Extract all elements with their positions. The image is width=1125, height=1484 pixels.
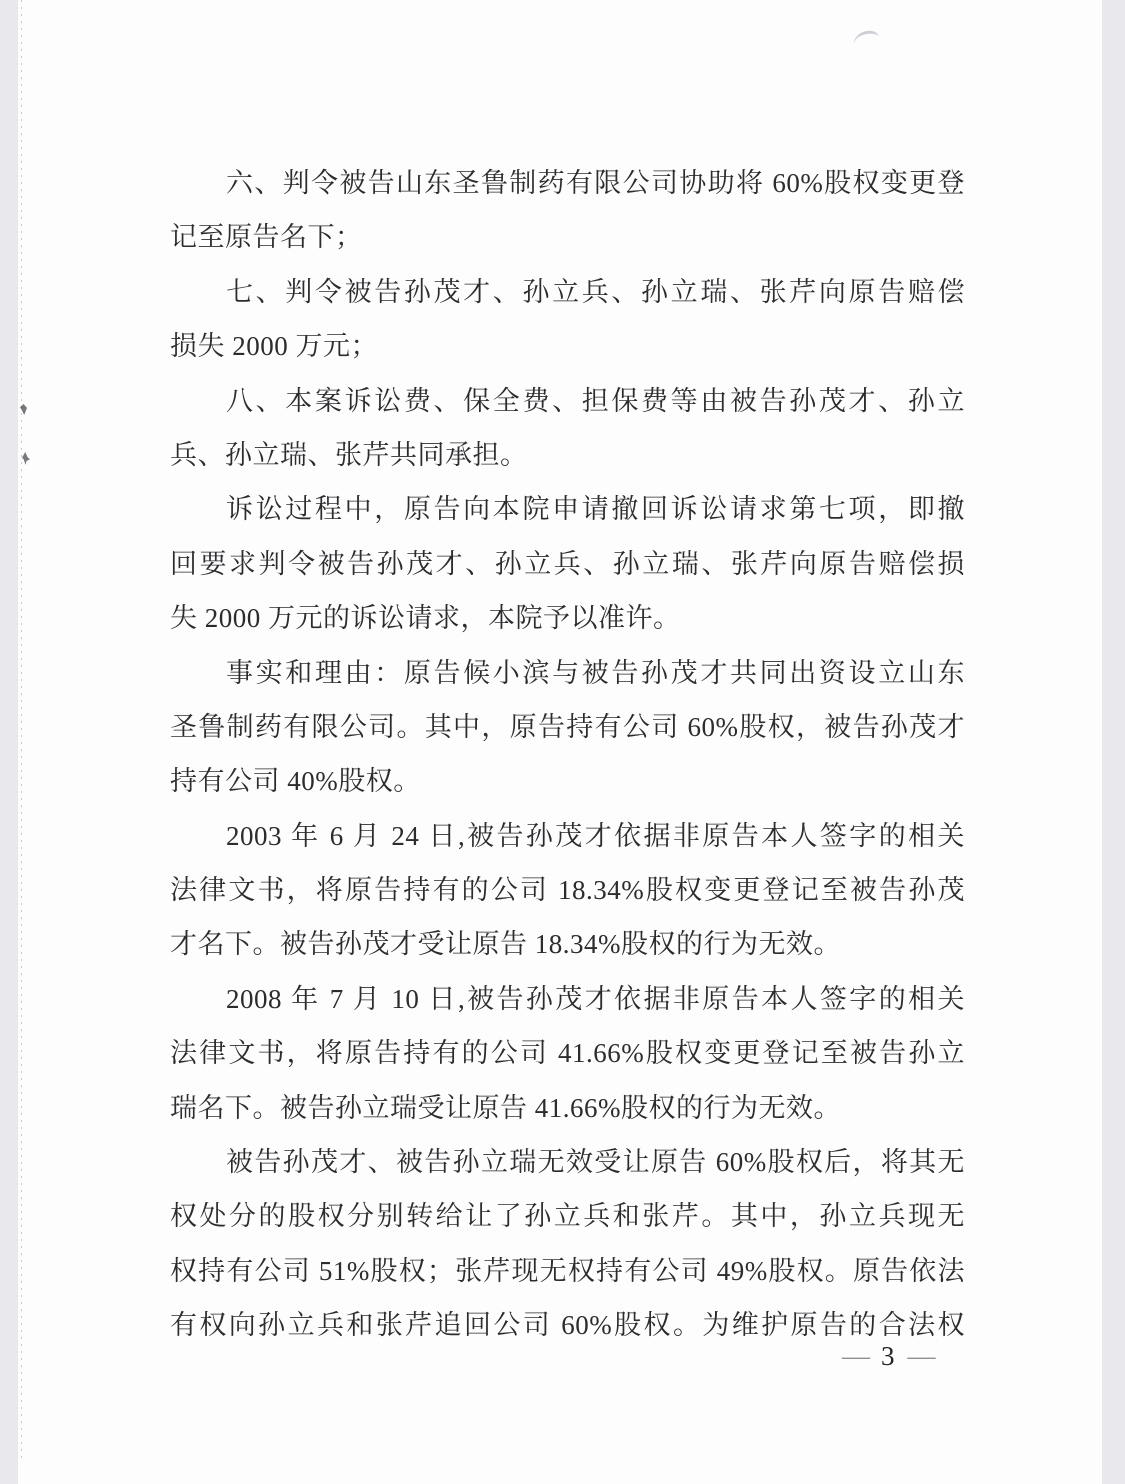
text-line: 持有公司 40%股权。 [170, 754, 965, 808]
page-number-value: 3 [881, 1341, 895, 1372]
paragraph: 2008 年 7 月 10 日,被告孙茂才依据非原告本人签字的相关法律文书，将原… [170, 972, 965, 1135]
text-line: 记至原告名下； [170, 210, 965, 264]
text-line: 兵、孙立瑞、张芹共同承担。 [170, 428, 965, 482]
scan-edge-left [0, 0, 18, 1484]
paragraph: 2003 年 6 月 24 日,被告孙茂才依据非原告本人签字的相关法律文书，将原… [170, 809, 965, 972]
paragraph: 七、判令被告孙茂才、孙立兵、孙立瑞、张芹向原告赔偿损失 2000 万元； [170, 265, 965, 374]
text-line: 法律文书，将原告持有的公司 41.66%股权变更登记至被告孙立 [170, 1026, 965, 1080]
text-line: 被告孙茂才、被告孙立瑞无效受让原告 60%股权后，将其无 [170, 1135, 965, 1189]
page-number: — 3 — [842, 1341, 934, 1372]
text-line: 诉讼过程中，原告向本院申请撤回诉讼请求第七项，即撤 [170, 482, 965, 536]
scan-artifact-smudge [852, 30, 879, 46]
paper-edge-noise [21, 0, 22, 1462]
text-line: 权持有公司 51%股权；张芹现无权持有公司 49%股权。原告依法 [170, 1244, 965, 1298]
paragraph: 六、判令被告山东圣鲁制药有限公司协助将 60%股权变更登记至原告名下； [170, 156, 965, 265]
scan-edge-right [1102, 0, 1125, 1484]
paragraph: 八、本案诉讼费、保全费、担保费等由被告孙茂才、孙立兵、孙立瑞、张芹共同承担。 [170, 374, 965, 483]
text-line: 权处分的股权分别转给让了孙立兵和张芹。其中，孙立兵现无 [170, 1189, 965, 1243]
text-line: 七、判令被告孙茂才、孙立兵、孙立瑞、张芹向原告赔偿 [170, 265, 965, 319]
text-line: 圣鲁制药有限公司。其中，原告持有公司 60%股权，被告孙茂才 [170, 700, 965, 754]
text-line: 失 2000 万元的诉讼请求，本院予以准许。 [170, 591, 965, 645]
paragraph: 事实和理由：原告候小滨与被告孙茂才共同出资设立山东圣鲁制药有限公司。其中，原告持… [170, 646, 965, 809]
text-line: 2008 年 7 月 10 日,被告孙茂才依据非原告本人签字的相关 [170, 972, 965, 1026]
page-number-dash-left: — [842, 1343, 868, 1371]
text-line: 八、本案诉讼费、保全费、担保费等由被告孙茂才、孙立 [170, 374, 965, 428]
text-line: 事实和理由：原告候小滨与被告孙茂才共同出资设立山东 [170, 646, 965, 700]
text-line: 回要求判令被告孙茂才、孙立兵、孙立瑞、张芹向原告赔偿损 [170, 537, 965, 591]
scan-artifact-speck [22, 452, 30, 465]
page-number-dash-right: — [908, 1343, 934, 1371]
paragraph: 诉讼过程中，原告向本院申请撤回诉讼请求第七项，即撤回要求判令被告孙茂才、孙立兵、… [170, 482, 965, 645]
text-line: 六、判令被告山东圣鲁制药有限公司协助将 60%股权变更登 [170, 156, 965, 210]
paragraph: 被告孙茂才、被告孙立瑞无效受让原告 60%股权后，将其无权处分的股权分别转给让了… [170, 1135, 965, 1353]
text-line: 瑞名下。被告孙立瑞受让原告 41.66%股权的行为无效。 [170, 1081, 965, 1135]
text-line: 才名下。被告孙茂才受让原告 18.34%股权的行为无效。 [170, 917, 965, 971]
text-line: 法律文书，将原告持有的公司 18.34%股权变更登记至被告孙茂 [170, 863, 965, 917]
text-line: 损失 2000 万元； [170, 319, 965, 373]
text-line: 2003 年 6 月 24 日,被告孙茂才依据非原告本人签字的相关 [170, 809, 965, 863]
document-body: 六、判令被告山东圣鲁制药有限公司协助将 60%股权变更登记至原告名下；七、判令被… [170, 156, 965, 1353]
